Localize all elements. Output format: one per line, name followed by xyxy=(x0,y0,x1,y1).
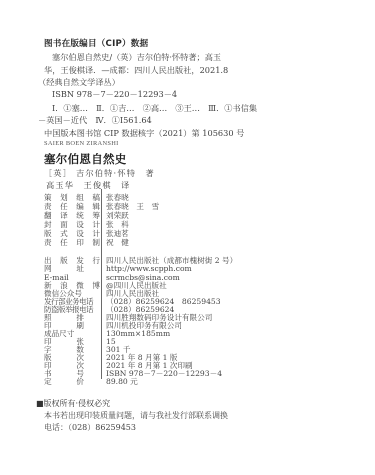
credit-value: 张迪茗 xyxy=(106,229,129,238)
credit-value: 刘荣跃 xyxy=(106,211,129,220)
rights-heading: ■版权所有·侵权必究 xyxy=(36,398,110,409)
info-value: 89.80 元 xyxy=(106,377,138,386)
cip-isbn: ISBN 978－7－220－12293－4 xyxy=(52,88,177,100)
credit-value: 张 科 xyxy=(106,220,129,229)
rights-notice: 本书若出现印装质量问题，请与我社发行部联系调换 xyxy=(44,410,228,421)
info-label: 网址 xyxy=(44,264,84,273)
credit-value: 祝 健 xyxy=(106,238,129,247)
info-label: 定价 xyxy=(44,377,84,386)
credit-label: 封面设计 xyxy=(44,220,100,229)
credit-label: 责任印制 xyxy=(44,238,100,247)
credit-label: 策划组稿 xyxy=(44,193,100,202)
cip-line-2: 华，王俊棋译．—成都：四川人民出版社，2021.8 xyxy=(44,64,228,76)
cip-approval-number: 中国版本图书馆 CIP 数据核字（2021）第 105630 号 xyxy=(44,127,244,139)
website-link[interactable]: http://www.scpph.com xyxy=(106,264,192,273)
credit-value: 张春晓 xyxy=(106,193,129,202)
cip-line-3: （经典自然文学译丛） xyxy=(38,76,120,88)
translator-line: 高玉华 王俊棋 译 xyxy=(46,180,131,191)
column-divider xyxy=(101,189,102,379)
cip-classification-1: Ⅰ．①塞… Ⅱ．①吉… ②高… ③王… Ⅲ．①书信集 xyxy=(52,102,257,114)
credit-label: 版式设计 xyxy=(44,229,100,238)
book-title: 塞尔伯恩自然史 xyxy=(44,151,127,167)
credit-label: 责任编辑 xyxy=(44,202,100,211)
cip-heading: 图书在版编目（CIP）数据 xyxy=(44,37,148,49)
credit-value: 张春晓 王 雪 xyxy=(106,202,159,211)
cip-classification-2: －英国－近代 Ⅳ．①I561.64 xyxy=(38,114,152,126)
author-line: ［英］ 吉尔伯特·怀特 著 xyxy=(44,168,155,179)
book-title-pinyin: SAIER BOEN ZIRANSHI xyxy=(44,140,119,147)
cip-line-1: 塞尔伯恩自然史/（英）吉尔伯特·怀特著；高玉 xyxy=(52,51,221,63)
credit-label: 翻译统筹 xyxy=(44,211,100,220)
rights-phone: 电话：（028）86259453 xyxy=(44,422,136,433)
